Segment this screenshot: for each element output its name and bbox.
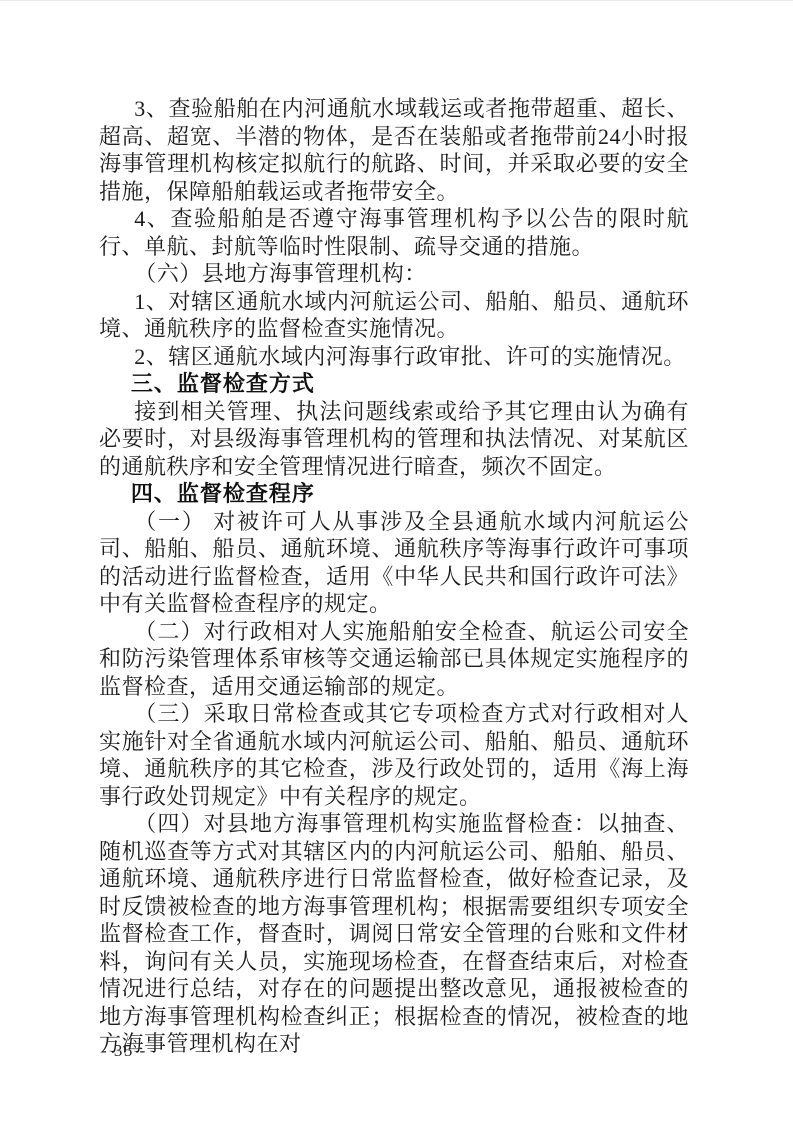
paragraph: （二）对行政相对人实施船舶安全检查、航运公司安全和防污染管理体系审核等交通运输部… <box>99 618 689 701</box>
paragraph: 接到相关管理、执法问题线索或给予其它理由认为确有必要时，对县级海事管理机构的管理… <box>99 398 689 481</box>
paragraph: 1、对辖区通航水域内河航运公司、船舶、船员、通航环境、通航秩序的监督检查实施情况… <box>99 288 689 343</box>
paragraph: （三）采取日常检查或其它专项检查方式对行政相对人实施针对全省通航水域内河航运公司… <box>99 700 689 810</box>
paragraph: 4、查验船舶是否遵守海事管理机构予以公告的限时航行、单航、封航等临时性限制、疏导… <box>99 205 689 260</box>
section-heading: 三、监督检查方式 <box>99 370 689 398</box>
paragraph: 3、查验船舶在内河通航水域载运或者拖带超重、超长、超高、超宽、半潜的物体，是否在… <box>99 95 689 205</box>
paragraph: （一） 对被许可人从事涉及全县通航水域内河航运公司、船舶、船员、通航环境、通航秩… <box>99 508 689 618</box>
paragraph: 2、辖区通航水域内河海事行政审批、许可的实施情况。 <box>99 343 689 371</box>
paragraph: （四）对县地方海事管理机构实施监督检查：以抽查、随机巡查等方式对其辖区内的内河航… <box>99 810 689 1058</box>
document-page: 3、查验船舶在内河通航水域载运或者拖带超重、超长、超高、超宽、半潜的物体，是否在… <box>0 0 793 1122</box>
paragraph: （六）县地方海事管理机构： <box>99 260 689 288</box>
page-number: - 35 - <box>101 1041 147 1061</box>
document-body: 3、查验船舶在内河通航水域载运或者拖带超重、超长、超高、超宽、半潜的物体，是否在… <box>99 95 689 1058</box>
section-heading: 四、监督检查程序 <box>99 480 689 508</box>
